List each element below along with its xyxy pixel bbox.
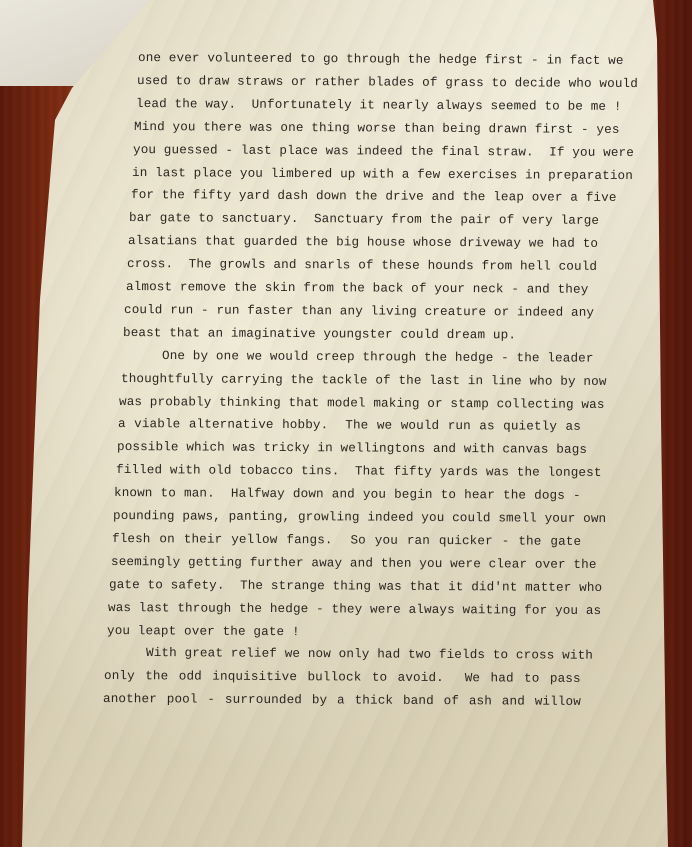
text-line: another pool - surrounded by a thick ban… (103, 691, 581, 710)
text-line: One by one we would creep through the he… (162, 348, 581, 367)
text-line: for the fifty yard dash down the drive a… (130, 187, 581, 206)
text-line: could run - run faster than any living c… (124, 302, 581, 321)
text-line: bar gate to sanctuary. Sanctuary from th… (129, 210, 581, 229)
text-line: beast that an imaginative youngster coul… (123, 325, 581, 344)
text-line: flesh on their yellow fangs. So you ran … (112, 531, 581, 550)
text-line: lead the way. Unfortunately it nearly al… (135, 96, 581, 115)
text-line: cross. The growls and snarls of these ho… (127, 256, 581, 275)
text-line: possible which was tricky in wellingtons… (117, 439, 581, 458)
text-line: gate to safety. The strange thing was th… (109, 577, 581, 596)
text-line: known to man. Halfway down and you begin… (114, 485, 581, 504)
text-line: filled with old tobacco tins. That fifty… (115, 462, 581, 481)
page-text: one ever volunteered to go through the h… (0, 0, 692, 847)
text-line: thoughtfully carrying the tackle of the … (120, 371, 581, 390)
text-line: was probably thinking that model making … (119, 394, 581, 413)
text-line: used to draw straws or rather blades of … (137, 73, 581, 92)
text-line: you leapt over the gate ! (107, 623, 581, 642)
text-line: almost remove the skin from the back of … (125, 279, 581, 298)
text-line: only the odd inquisitive bullock to avoi… (104, 668, 581, 687)
text-line: Mind you there was one thing worse than … (134, 119, 581, 138)
text-line: one ever volunteered to go through the h… (138, 50, 581, 69)
text-line: a viable alternative hobby. The we would… (118, 416, 581, 435)
text-line: seemingly getting further away and then … (110, 554, 581, 573)
text-line: alsatians that guarded the big house who… (128, 233, 581, 252)
text-line: pounding paws, panting, growling indeed … (113, 508, 581, 527)
text-line: you guessed - last place was indeed the … (133, 142, 581, 161)
text-line: was last through the hedge - they were a… (108, 600, 581, 619)
text-line: With great relief we now only had two fi… (145, 645, 581, 664)
text-line: in last place you limbered up with a few… (132, 165, 581, 184)
